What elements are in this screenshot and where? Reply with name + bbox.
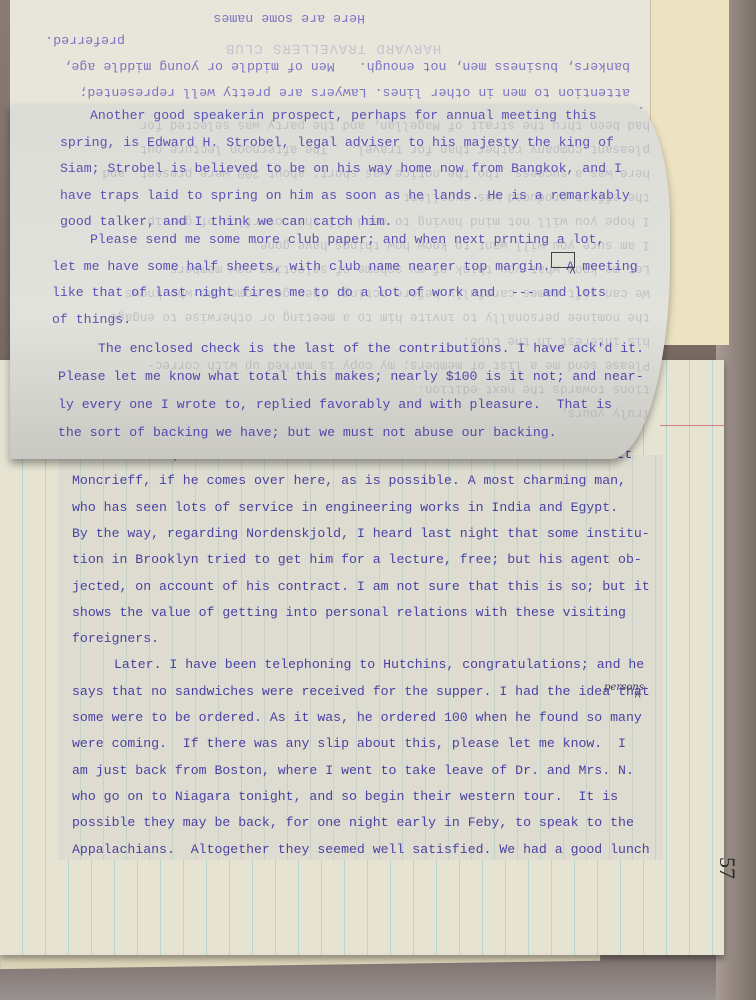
page-number: 57 [714, 857, 740, 879]
ledger-red-rule [660, 425, 724, 426]
upside-down-line: attention to men in other lines. Lawyers… [79, 85, 630, 100]
insertion-caret-persons: ^ [634, 690, 641, 704]
letterhead-show-through: HARVARD TRAVELLERS CLUB [225, 40, 441, 56]
upside-down-line: bankers, business men, not enough. Men o… [63, 59, 630, 74]
upside-down-line: Here are some names [213, 11, 365, 26]
upside-down-line: preferred. [45, 33, 125, 48]
insertion-caret: ^ [569, 266, 576, 280]
show-through-line: the nominee personally to invite him to … [110, 310, 650, 324]
show-through-line: tions towards the next edition. [417, 382, 650, 396]
